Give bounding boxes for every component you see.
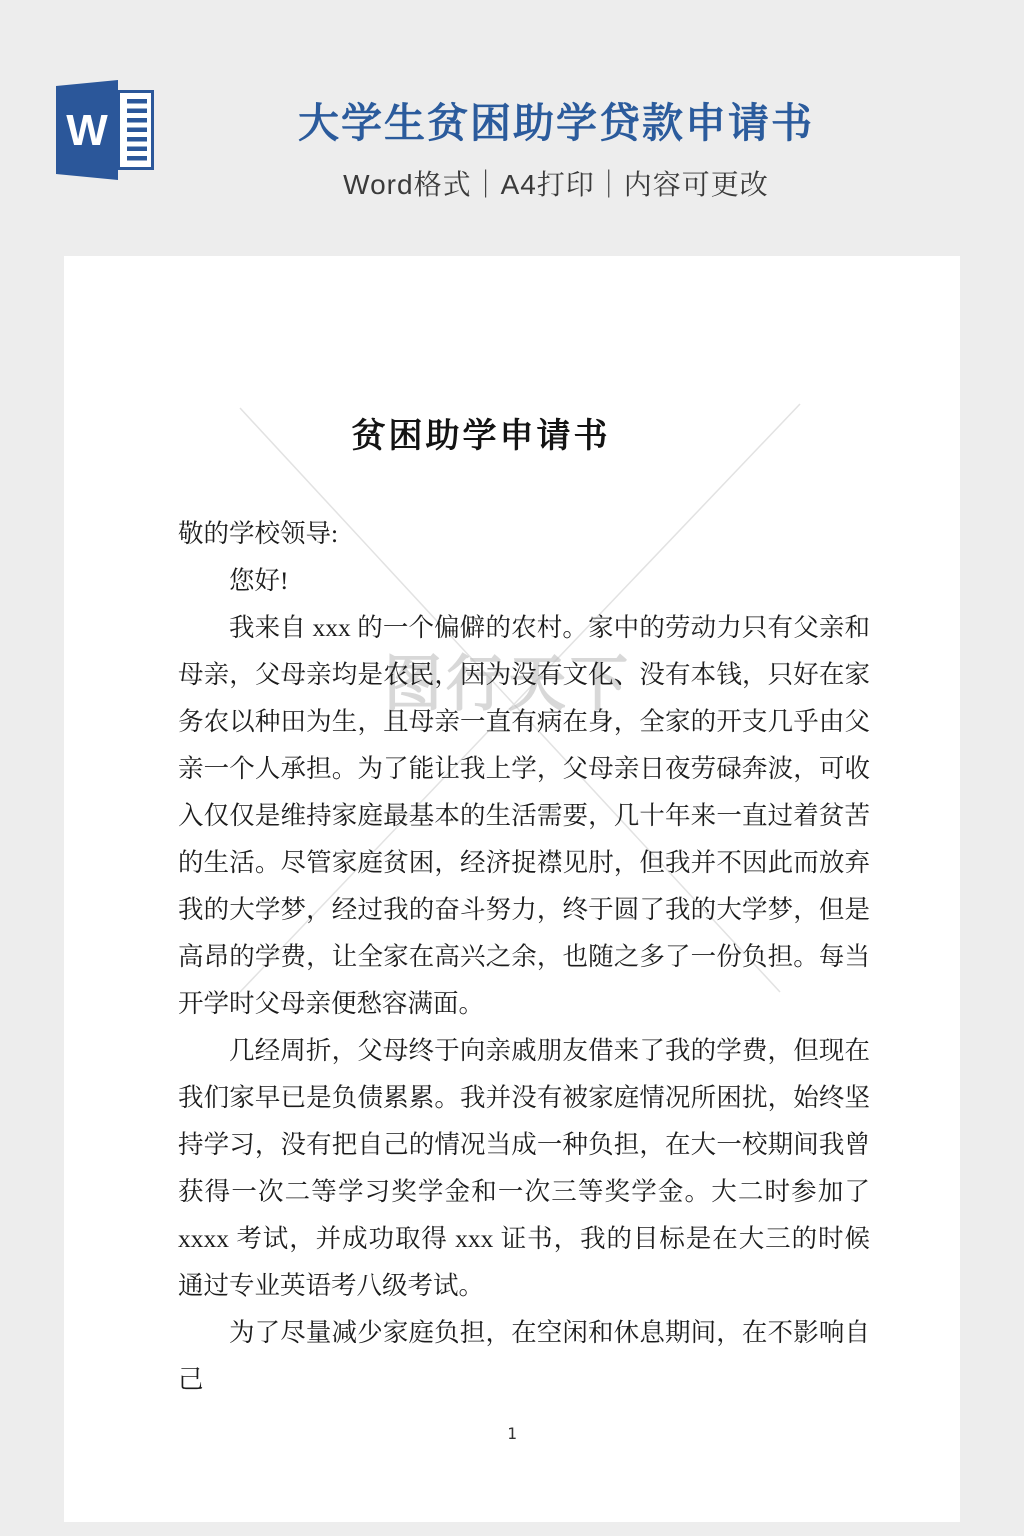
- paragraph-body-1: 我来自 xxx 的一个偏僻的农村。家中的劳动力只有父亲和母亲，父母亲均是农民，因…: [178, 604, 870, 1027]
- header-text: 大学生贫困助学贷款申请书 Word格式｜A4打印｜内容可更改: [88, 90, 1024, 203]
- paragraph-body-3: 为了尽量减少家庭负担，在空闲和休息期间，在不影响自己: [178, 1309, 870, 1403]
- paragraph-salutation: 敬的学校领导:: [178, 510, 870, 557]
- paragraph-greeting: 您好!: [178, 557, 870, 604]
- page-number: 1: [64, 1424, 960, 1443]
- document-body: 敬的学校领导: 您好! 我来自 xxx 的一个偏僻的农村。家中的劳动力只有父亲和…: [178, 510, 870, 1403]
- template-title: 大学生贫困助学贷款申请书: [88, 90, 1024, 149]
- header: W 大学生贫困助学贷款申请书 Word格式｜A4打印｜内容可更改: [0, 0, 1024, 256]
- template-preview-screen: W 大学生贫困助学贷款申请书 Word格式｜A4打印｜内容可更改 图行天下 贫困…: [0, 0, 1024, 1536]
- paragraph-body-2: 几经周折，父母终于向亲戚朋友借来了我的学费，但现在我们家早已是负债累累。我并没有…: [178, 1027, 870, 1309]
- template-subtitle: Word格式｜A4打印｜内容可更改: [88, 163, 1024, 203]
- document-page: 图行天下 贫困助学申请书 敬的学校领导: 您好! 我来自 xxx 的一个偏僻的农…: [64, 256, 960, 1522]
- document-title: 贫困助学申请书: [64, 408, 898, 457]
